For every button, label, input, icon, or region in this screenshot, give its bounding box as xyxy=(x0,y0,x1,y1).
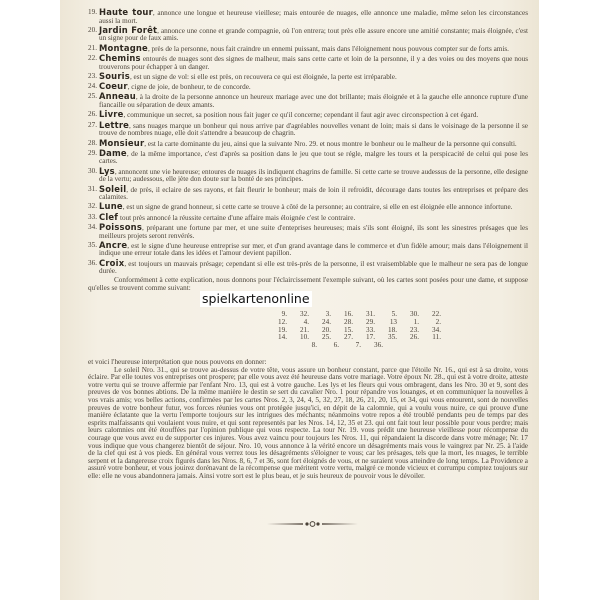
card-meaning-entry: 28.Monsieur, est la carte dominante du j… xyxy=(88,140,528,149)
card-name: Souris xyxy=(99,71,130,81)
entry-text: , cigne de joie, de bonheur, te de conco… xyxy=(128,83,251,91)
card-number: 8. xyxy=(295,342,317,350)
entry-number: 29. xyxy=(88,150,99,166)
card-name: Monsieur xyxy=(99,138,144,148)
entry-body: Soleil, de près, il eclaire de ses rayon… xyxy=(99,186,528,202)
card-meaning-entry: 20.Jardin Forêt, annonce une conne et gr… xyxy=(88,27,528,43)
entry-body: Montagne, près de la personne, nous fait… xyxy=(99,45,528,54)
entry-body: Jardin Forêt, annonce une conne et grand… xyxy=(99,27,528,43)
card-meaning-entry: 22.Chemins entourés de nuages sont des s… xyxy=(88,55,528,71)
entry-text: , est la carte dominante du jeu, ainsi q… xyxy=(144,140,516,148)
interpretation-text: Le soleil Nro. 31., qui se trouve au-des… xyxy=(88,367,528,481)
card-name: Croix xyxy=(99,258,124,268)
entry-body: Livre, communique un secret, sa position… xyxy=(99,111,528,120)
entry-number: 19. xyxy=(88,9,99,25)
entry-text: , annonce une longue et heureuse vieille… xyxy=(99,9,528,25)
entry-number: 26. xyxy=(88,111,99,120)
example-introduction: Conformément à cette explication, nous d… xyxy=(88,277,528,292)
entry-number: 21. xyxy=(88,45,99,54)
card-name: Haute tour xyxy=(99,7,153,17)
entry-text: , à la droite de la personne annonce un … xyxy=(99,93,528,109)
card-name: Lune xyxy=(99,201,123,211)
card-layout-grid: 9.32.3.16.31.5.30.22.12.4.24.28.29.131.2… xyxy=(265,311,441,350)
entry-number: 25. xyxy=(88,93,99,109)
card-meaning-entry: 29.Dame, de la même importance, c'est d'… xyxy=(88,150,528,166)
entry-text: , communique un secret, sa position nous… xyxy=(123,111,478,119)
card-number: 14. xyxy=(265,334,287,342)
card-meaning-entry: 24.Coeur, cigne de joie, de bonheur, te … xyxy=(88,83,528,92)
entry-number: 32. xyxy=(88,203,99,212)
entry-body: Dame, de la même importance, c'est d'apr… xyxy=(99,150,528,166)
entry-text: , est un signe de grand honneur, si cett… xyxy=(123,203,513,211)
entry-number: 34. xyxy=(88,224,99,240)
card-name: Montagne xyxy=(99,43,148,53)
card-grid-row: 8.6.7.36. xyxy=(265,342,441,350)
entry-number: 23. xyxy=(88,73,99,82)
card-name: Ancre xyxy=(99,240,127,250)
card-number: 11. xyxy=(419,334,441,342)
entry-number: 27. xyxy=(88,122,99,138)
entry-text: entourés de nuages sont des signes de ma… xyxy=(99,55,528,71)
card-meaning-entry: 36.Croix, est toujours un mauvais présag… xyxy=(88,260,528,276)
entry-body: Haute tour, annonce une longue et heureu… xyxy=(99,9,528,25)
card-meaning-entry: 35.Ancre, est le signe d'une heureuse en… xyxy=(88,242,528,258)
card-number: 36. xyxy=(361,342,383,350)
card-grid-row: 14.10.25.27.17.35.26.11. xyxy=(265,334,441,342)
card-meaning-entry: 34.Poissons, préparant une fortune par m… xyxy=(88,224,528,240)
entry-body: Croix, est toujours un mauvais présage; … xyxy=(99,260,528,276)
card-meaning-entry: 33.Clef tout près annoncé la réussite ce… xyxy=(88,214,528,223)
entry-body: Chemins entourés de nuages sont des sign… xyxy=(99,55,528,71)
entry-text: , est un signe de vol: si elle est près,… xyxy=(130,73,397,81)
entry-text: , annoncent une vie heureuse; entoures d… xyxy=(99,168,528,184)
ornament-divider-icon xyxy=(265,520,360,528)
interpretation-section: et voici l'heureuse interprétation que n… xyxy=(88,359,528,481)
card-meaning-entry: 31.Soleil, de près, il eclaire de ses ra… xyxy=(88,186,528,202)
watermark: spielkartenonline xyxy=(200,291,312,307)
entry-text: , préparant une fortune par mer, et une … xyxy=(99,224,528,240)
entry-number: 31. xyxy=(88,186,99,202)
card-name: Soleil xyxy=(99,184,126,194)
entry-body: Souris, est un signe de vol: si elle est… xyxy=(99,73,528,82)
card-name: Anneau xyxy=(99,91,136,101)
card-meaning-entry: 32.Lune, est un signe de grand honneur, … xyxy=(88,203,528,212)
entry-number: 20. xyxy=(88,27,99,43)
card-name: Poissons xyxy=(99,222,142,232)
entry-number: 22. xyxy=(88,55,99,71)
entry-number: 24. xyxy=(88,83,99,92)
card-number: 6. xyxy=(317,342,339,350)
card-number: 26. xyxy=(397,334,419,342)
entry-text: , près de la personne, nous fait craindr… xyxy=(148,45,509,53)
card-name: Chemins xyxy=(99,53,141,63)
entry-text: , est le signe d'une heureuse entreprise… xyxy=(99,242,528,258)
card-meaning-entry: 19.Haute tour, annonce une longue et heu… xyxy=(88,9,528,25)
card-meaning-entry: 27.Lettre, sans nuages marque un bonheur… xyxy=(88,122,528,138)
entry-number: 36. xyxy=(88,260,99,276)
card-meanings-list: 19.Haute tour, annonce une longue et heu… xyxy=(88,9,528,278)
card-meaning-entry: 30.Lys, annoncent une vie heureuse; ento… xyxy=(88,168,528,184)
entry-body: Ancre, est le signe d'une heureuse entre… xyxy=(99,242,528,258)
entry-text: , est toujours un mauvais présage; cepen… xyxy=(99,260,528,276)
card-name: Dame xyxy=(99,148,127,158)
entry-body: Lune, est un signe de grand honneur, si … xyxy=(99,203,528,212)
entry-number: 33. xyxy=(88,214,99,223)
card-number: 10. xyxy=(287,334,309,342)
card-name: Coeur xyxy=(99,81,128,91)
entry-text: , de près, il eclaire de ses rayons, et … xyxy=(99,186,528,202)
entry-number: 35. xyxy=(88,242,99,258)
entry-number: 28. xyxy=(88,140,99,149)
entry-body: Poissons, préparant une fortune par mer,… xyxy=(99,224,528,240)
entry-text: tout près annoncé la réussite certaine d… xyxy=(118,214,355,222)
entry-text: , de la même importance, c'est d'après s… xyxy=(99,150,528,166)
entry-body: Anneau, à la droite de la personne annon… xyxy=(99,93,528,109)
card-name: Lys xyxy=(99,166,115,176)
entry-body: Coeur, cigne de joie, de bonheur, te de … xyxy=(99,83,528,92)
card-name: Lettre xyxy=(99,120,129,130)
card-meaning-entry: 23.Souris, est un signe de vol: si elle … xyxy=(88,73,528,82)
entry-body: Lys, annoncent une vie heureuse; entoure… xyxy=(99,168,528,184)
entry-number: 30. xyxy=(88,168,99,184)
entry-text: , sans nuages marque un bonheur qui nous… xyxy=(99,122,528,138)
entry-body: Monsieur, est la carte dominante du jeu,… xyxy=(99,140,528,149)
entry-text: , annonce une conne et grande compagnie,… xyxy=(99,27,528,43)
entry-body: Lettre, sans nuages marque un bonheur qu… xyxy=(99,122,528,138)
entry-body: Clef tout près annoncé la réussite certa… xyxy=(99,214,528,223)
card-name: Livre xyxy=(99,109,123,119)
card-meaning-entry: 26.Livre, communique un secret, sa posit… xyxy=(88,111,528,120)
card-name: Jardin Forêt xyxy=(99,25,157,35)
card-meaning-entry: 21.Montagne, près de la personne, nous f… xyxy=(88,45,528,54)
card-name: Clef xyxy=(99,212,118,222)
card-number: 7. xyxy=(339,342,361,350)
card-meaning-entry: 25.Anneau, à la droite de la personne an… xyxy=(88,93,528,109)
